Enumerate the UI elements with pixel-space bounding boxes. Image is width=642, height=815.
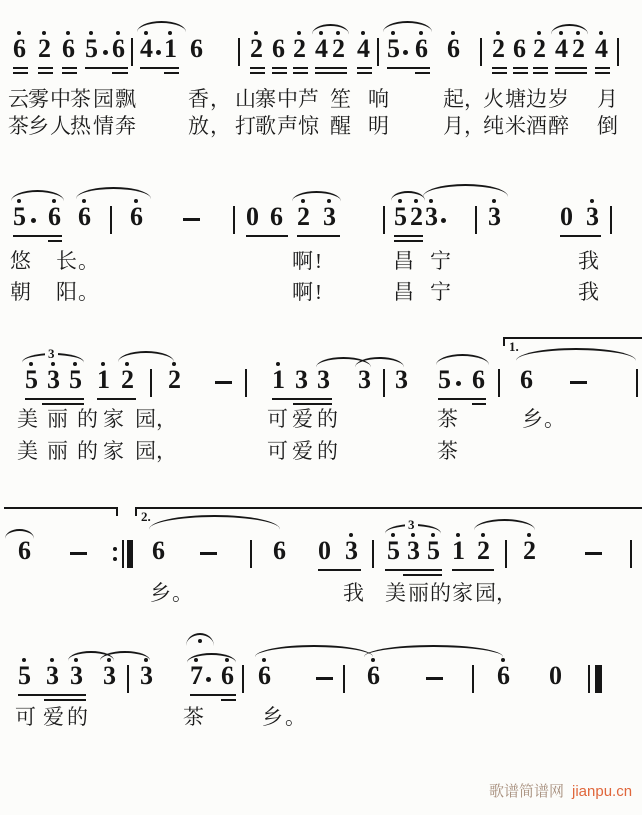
beam-line bbox=[293, 72, 308, 74]
beam-line bbox=[394, 240, 423, 242]
note-digit: 4 bbox=[555, 36, 568, 62]
beam-line bbox=[472, 403, 486, 405]
lyric-char: 我 bbox=[343, 582, 364, 605]
lyric-char: 。 bbox=[172, 582, 193, 605]
lyric-char: 中 bbox=[50, 88, 71, 111]
barline bbox=[480, 38, 482, 66]
lyric-char: 丽 bbox=[47, 408, 68, 431]
beam-line bbox=[595, 72, 610, 74]
beam-line bbox=[555, 67, 587, 69]
note-digit: 3 bbox=[317, 367, 330, 393]
lyric-char: ， bbox=[210, 115, 231, 138]
barline bbox=[110, 206, 112, 234]
barline bbox=[242, 665, 244, 693]
lyric-char: 云 bbox=[8, 88, 29, 111]
volta-number: 2. bbox=[141, 510, 151, 523]
barline bbox=[610, 206, 612, 234]
slur-arc bbox=[423, 184, 508, 200]
lyric-char: 美 bbox=[385, 582, 406, 605]
watermark-site-url: jianpu.cn bbox=[572, 784, 632, 799]
lyric-char: 。 bbox=[78, 250, 99, 273]
note-digit: 4 bbox=[595, 36, 608, 62]
lyric-char: 的 bbox=[67, 706, 88, 729]
duration-dash bbox=[426, 677, 443, 680]
note-digit: 2 bbox=[492, 36, 505, 62]
lyric-char: ， bbox=[210, 88, 231, 111]
lyric-char: 的 bbox=[77, 408, 98, 431]
barline bbox=[150, 369, 152, 397]
repeat-dot bbox=[113, 557, 117, 561]
slur-arc bbox=[474, 519, 535, 533]
note-digit: 3 bbox=[103, 663, 116, 689]
lyric-char: 我 bbox=[578, 250, 599, 273]
beam-line bbox=[221, 699, 236, 701]
note-digit: 3 bbox=[140, 663, 153, 689]
note-digit: 2 bbox=[297, 204, 310, 230]
note-digit: 2 bbox=[293, 36, 306, 62]
lyric-char: 米 bbox=[505, 115, 526, 138]
lyric-char: 的 bbox=[77, 440, 98, 463]
note-digit: 3 bbox=[358, 367, 371, 393]
note-digit: 3 bbox=[586, 204, 599, 230]
barline bbox=[383, 369, 385, 397]
note-digit: 6 bbox=[112, 36, 125, 62]
beam-line bbox=[387, 67, 430, 69]
lyric-char: 中 bbox=[277, 88, 298, 111]
beam-line bbox=[357, 67, 372, 69]
lyric-char: 的 bbox=[317, 408, 338, 431]
lyric-char: 乡 bbox=[150, 582, 171, 605]
tuplet-number: 3 bbox=[405, 518, 418, 531]
lyric-char: 情 bbox=[93, 115, 114, 138]
lyric-char: 。 bbox=[285, 706, 306, 729]
fermata-dot bbox=[198, 639, 202, 643]
lyric-char: 香 bbox=[188, 88, 209, 111]
octave-dot bbox=[89, 31, 93, 35]
tuplet-number: 3 bbox=[45, 347, 58, 360]
slur-arc bbox=[187, 653, 236, 665]
beam-line bbox=[190, 694, 236, 696]
lyric-char: 爱 bbox=[292, 408, 313, 431]
lyric-char: 茶 bbox=[437, 440, 458, 463]
beam-line bbox=[555, 72, 587, 74]
octave-dot bbox=[116, 31, 120, 35]
note-digit: 5 bbox=[13, 204, 26, 230]
note-digit: 5 bbox=[394, 204, 407, 230]
lyric-char: 笙 bbox=[330, 88, 351, 111]
barline bbox=[498, 369, 500, 397]
lyric-char: 茶 bbox=[437, 408, 458, 431]
slur-arc bbox=[76, 187, 151, 202]
note-digit: 4 bbox=[315, 36, 328, 62]
note-digit: 6 bbox=[78, 204, 91, 230]
note-digit: 6 bbox=[130, 204, 143, 230]
slur-arc bbox=[436, 354, 489, 368]
barline bbox=[250, 540, 252, 568]
lyric-char: 园 bbox=[475, 582, 496, 605]
note-digit: 3 bbox=[488, 204, 501, 230]
beam-line bbox=[164, 72, 179, 74]
note-digit: 2 bbox=[523, 538, 536, 564]
slur-arc bbox=[292, 191, 341, 204]
volta-bracket bbox=[503, 337, 642, 339]
lyric-char: 园 bbox=[135, 408, 156, 431]
note-digit: 3 bbox=[70, 663, 83, 689]
slur-arc bbox=[5, 529, 34, 541]
barline bbox=[475, 206, 477, 234]
lyric-char: 昌 bbox=[393, 250, 414, 273]
beam-line bbox=[560, 235, 601, 237]
note-digit: 6 bbox=[221, 663, 234, 689]
beam-line bbox=[318, 569, 361, 571]
rest-note: 0 bbox=[549, 663, 562, 689]
lyric-char: 爱 bbox=[292, 440, 313, 463]
note-digit: 2 bbox=[121, 367, 134, 393]
lyric-char: 可 bbox=[267, 440, 288, 463]
beam-line bbox=[13, 67, 28, 69]
barline bbox=[617, 38, 619, 66]
slur-arc bbox=[551, 24, 588, 37]
repeat-thick-barline bbox=[127, 540, 133, 568]
note-digit: 6 bbox=[18, 538, 31, 564]
barline bbox=[377, 38, 379, 66]
octave-dot bbox=[22, 658, 26, 662]
note-digit: 6 bbox=[513, 36, 526, 62]
lyric-char: 茶 bbox=[8, 115, 29, 138]
lyric-char: 月 bbox=[443, 115, 464, 138]
lyric-char: 纯 bbox=[483, 115, 504, 138]
beam-line bbox=[250, 67, 265, 69]
octave-dot bbox=[42, 31, 46, 35]
rest-note: 0 bbox=[318, 538, 331, 564]
note-digit: 6 bbox=[270, 204, 283, 230]
note-digit: 6 bbox=[520, 367, 533, 393]
beam-line bbox=[513, 67, 528, 69]
lyric-char: 明 bbox=[368, 115, 389, 138]
lyric-char: 可 bbox=[15, 706, 36, 729]
note-digit: 6 bbox=[472, 367, 485, 393]
lyric-char: 乡 bbox=[262, 706, 283, 729]
lyric-char: 酒 bbox=[526, 115, 547, 138]
sheet-music-page: 62656416262424566262424云雾中茶园飘香，山寨中芦笙响起，火… bbox=[0, 0, 642, 815]
note-digit: 3 bbox=[47, 367, 60, 393]
barline bbox=[127, 665, 129, 693]
lyric-char: ! bbox=[315, 281, 322, 304]
barline bbox=[343, 665, 345, 693]
note-digit: 2 bbox=[572, 36, 585, 62]
lyric-char: 家 bbox=[103, 408, 124, 431]
note-digit: 5 bbox=[25, 367, 38, 393]
augmentation-dot bbox=[103, 50, 108, 55]
beam-line bbox=[492, 72, 507, 74]
augmentation-dot bbox=[441, 218, 446, 223]
octave-dot bbox=[50, 658, 54, 662]
beam-line bbox=[315, 72, 347, 74]
lyric-char: 园 bbox=[93, 88, 114, 111]
note-digit: 6 bbox=[273, 538, 286, 564]
barline bbox=[131, 38, 133, 66]
note-digit: 3 bbox=[46, 663, 59, 689]
beam-line bbox=[62, 72, 77, 74]
beam-line bbox=[533, 67, 548, 69]
slur-arc bbox=[255, 645, 373, 660]
slur-arc bbox=[383, 21, 432, 35]
lyric-char: ， bbox=[156, 408, 177, 431]
beam-line bbox=[385, 569, 442, 571]
note-digit: 2 bbox=[533, 36, 546, 62]
duration-dash bbox=[200, 552, 217, 555]
lyric-char: 山 bbox=[235, 88, 256, 111]
lyric-char: 人 bbox=[50, 115, 71, 138]
beam-line bbox=[44, 699, 86, 701]
lyric-char: 美 bbox=[17, 408, 38, 431]
octave-dot bbox=[496, 31, 500, 35]
beam-line bbox=[112, 72, 128, 74]
lyric-char: 乡 bbox=[522, 408, 543, 431]
volta-hook bbox=[116, 507, 118, 516]
lyric-char: 热 bbox=[70, 115, 91, 138]
note-digit: 3 bbox=[295, 367, 308, 393]
lyric-char: 的 bbox=[430, 582, 451, 605]
lyric-char: ， bbox=[156, 440, 177, 463]
note-digit: 5 bbox=[427, 538, 440, 564]
lyric-char: 宁 bbox=[430, 250, 451, 273]
note-digit: 3 bbox=[323, 204, 336, 230]
note-digit: 5 bbox=[387, 538, 400, 564]
volta-hook bbox=[503, 337, 505, 346]
beam-line bbox=[533, 72, 548, 74]
beam-line bbox=[97, 398, 136, 400]
note-digit: 6 bbox=[497, 663, 510, 689]
beam-line bbox=[246, 235, 288, 237]
octave-dot bbox=[17, 31, 21, 35]
slur-arc bbox=[149, 515, 280, 533]
duration-dash bbox=[570, 381, 587, 384]
barline bbox=[372, 540, 374, 568]
lyric-char: 声 bbox=[277, 115, 298, 138]
note-digit: 4 bbox=[140, 36, 153, 62]
lyric-char: 月 bbox=[597, 88, 618, 111]
augmentation-dot bbox=[403, 50, 408, 55]
lyric-char: 放 bbox=[188, 115, 209, 138]
barline bbox=[383, 206, 385, 234]
barline bbox=[245, 369, 247, 397]
note-digit: 2 bbox=[410, 204, 423, 230]
beam-line bbox=[250, 72, 265, 74]
lyric-char: 家 bbox=[452, 582, 473, 605]
note-digit: 3 bbox=[345, 538, 358, 564]
augmentation-dot bbox=[31, 218, 36, 223]
augmentation-dot bbox=[206, 677, 211, 682]
lyric-char: 寨 bbox=[255, 88, 276, 111]
watermark-site-name: 歌谱简谱网 bbox=[489, 784, 564, 799]
beam-line bbox=[452, 569, 494, 571]
beam-line bbox=[13, 72, 28, 74]
barline bbox=[472, 665, 474, 693]
lyric-char: 啊 bbox=[292, 281, 313, 304]
slur-arc bbox=[118, 351, 174, 365]
barline bbox=[233, 206, 235, 234]
note-digit: 7 bbox=[190, 663, 203, 689]
note-digit: 5 bbox=[18, 663, 31, 689]
note-digit: 2 bbox=[250, 36, 263, 62]
octave-dot bbox=[297, 31, 301, 35]
beam-line bbox=[293, 403, 332, 405]
lyric-char: 雾 bbox=[28, 88, 49, 111]
lyric-char: 长 bbox=[56, 250, 77, 273]
note-digit: 6 bbox=[48, 204, 61, 230]
note-digit: 1 bbox=[97, 367, 110, 393]
octave-dot bbox=[527, 533, 531, 537]
augmentation-dot bbox=[456, 381, 461, 386]
note-digit: 3 bbox=[395, 367, 408, 393]
beam-line bbox=[415, 72, 430, 74]
augmentation-dot bbox=[156, 50, 161, 55]
lyric-char: 起 bbox=[443, 88, 464, 111]
slur-arc bbox=[391, 191, 425, 203]
lyric-char: ， bbox=[464, 88, 485, 111]
note-digit: 5 bbox=[85, 36, 98, 62]
slur-arc bbox=[137, 21, 186, 35]
beam-line bbox=[38, 72, 53, 74]
lyric-char: 美 bbox=[17, 440, 38, 463]
lyric-char: 响 bbox=[368, 88, 389, 111]
note-digit: 6 bbox=[272, 36, 285, 62]
beam-line bbox=[62, 67, 77, 69]
beam-line bbox=[42, 403, 84, 405]
slur-arc bbox=[355, 357, 404, 370]
note-digit: 1 bbox=[452, 538, 465, 564]
octave-dot bbox=[276, 362, 280, 366]
beam-line bbox=[38, 67, 53, 69]
note-digit: 2 bbox=[168, 367, 181, 393]
beam-line bbox=[85, 67, 128, 69]
note-digit: 2 bbox=[332, 36, 345, 62]
duration-dash bbox=[316, 677, 333, 680]
final-thin-barline bbox=[588, 665, 590, 693]
lyric-char: 倒 bbox=[597, 115, 618, 138]
duration-dash bbox=[70, 552, 87, 555]
beam-line bbox=[492, 67, 507, 69]
volta-number: 1. bbox=[509, 340, 519, 353]
lyric-char: 打 bbox=[235, 115, 256, 138]
octave-dot bbox=[451, 31, 455, 35]
lyric-char: 昌 bbox=[393, 281, 414, 304]
beam-line bbox=[272, 72, 287, 74]
lyric-char: 朝 bbox=[10, 281, 31, 304]
slur-arc bbox=[312, 24, 349, 37]
lyric-char: 丽 bbox=[408, 582, 429, 605]
rest-note: 0 bbox=[560, 204, 573, 230]
lyric-char: 乡 bbox=[28, 115, 49, 138]
lyric-char: 茶 bbox=[70, 88, 91, 111]
beam-line bbox=[18, 694, 86, 696]
beam-line bbox=[297, 235, 340, 237]
slur-arc bbox=[100, 651, 150, 663]
lyric-char: ， bbox=[464, 115, 485, 138]
note-digit: 6 bbox=[190, 36, 203, 62]
note-digit: 2 bbox=[477, 538, 490, 564]
lyric-char: 啊 bbox=[292, 250, 313, 273]
lyric-char: 悠 bbox=[10, 250, 31, 273]
beam-line bbox=[438, 398, 486, 400]
beam-line bbox=[403, 574, 442, 576]
volta-hook bbox=[135, 507, 137, 516]
volta-bracket bbox=[135, 507, 642, 509]
note-digit: 3 bbox=[425, 204, 438, 230]
lyric-char: 塘 bbox=[505, 88, 526, 111]
note-digit: 4 bbox=[357, 36, 370, 62]
slur-arc bbox=[11, 190, 64, 204]
octave-dot bbox=[537, 31, 541, 35]
lyric-char: 可 bbox=[267, 408, 288, 431]
note-digit: 6 bbox=[62, 36, 75, 62]
note-digit: 6 bbox=[13, 36, 26, 62]
lyric-char: 爱 bbox=[43, 706, 64, 729]
octave-dot bbox=[599, 31, 603, 35]
octave-dot bbox=[254, 31, 258, 35]
duration-dash bbox=[585, 552, 602, 555]
note-digit: 2 bbox=[38, 36, 51, 62]
repeat-dot bbox=[113, 547, 117, 551]
octave-dot bbox=[349, 533, 353, 537]
lyric-char: 我 bbox=[578, 281, 599, 304]
barline bbox=[238, 38, 240, 66]
barline bbox=[630, 540, 632, 568]
lyric-char: 阳 bbox=[56, 281, 77, 304]
lyric-char: 的 bbox=[317, 440, 338, 463]
lyric-char: ， bbox=[496, 582, 517, 605]
lyric-char: 奔 bbox=[115, 115, 136, 138]
lyric-char: 飘 bbox=[115, 88, 136, 111]
note-digit: 6 bbox=[367, 663, 380, 689]
beam-line bbox=[25, 398, 84, 400]
rest-note: 0 bbox=[246, 204, 259, 230]
barline bbox=[505, 540, 507, 568]
note-digit: 5 bbox=[69, 367, 82, 393]
lyric-char: 丽 bbox=[47, 440, 68, 463]
octave-dot bbox=[361, 31, 365, 35]
slur-arc bbox=[516, 348, 636, 364]
lyric-char: ! bbox=[315, 250, 322, 273]
beam-line bbox=[513, 72, 528, 74]
note-digit: 1 bbox=[164, 36, 177, 62]
octave-dot bbox=[66, 31, 70, 35]
beam-line bbox=[272, 67, 287, 69]
note-digit: 5 bbox=[438, 367, 451, 393]
lyric-char: 火 bbox=[483, 88, 504, 111]
beam-line bbox=[315, 67, 347, 69]
note-digit: 3 bbox=[407, 538, 420, 564]
lyric-char: 岁 bbox=[548, 88, 569, 111]
duration-dash bbox=[183, 218, 200, 221]
note-digit: 6 bbox=[258, 663, 271, 689]
beam-line bbox=[394, 235, 423, 237]
octave-dot bbox=[590, 199, 594, 203]
final-thick-barline bbox=[595, 665, 602, 693]
repeat-thin-barline bbox=[122, 540, 124, 568]
volta-bracket bbox=[4, 507, 118, 509]
slur-arc bbox=[364, 645, 503, 660]
barline bbox=[636, 369, 638, 397]
lyric-char: 宁 bbox=[430, 281, 451, 304]
lyric-char: 醒 bbox=[330, 115, 351, 138]
lyric-char: 。 bbox=[78, 281, 99, 304]
beam-line bbox=[357, 72, 372, 74]
octave-dot bbox=[101, 362, 105, 366]
lyric-char: 。 bbox=[544, 408, 565, 431]
beam-line bbox=[293, 67, 308, 69]
